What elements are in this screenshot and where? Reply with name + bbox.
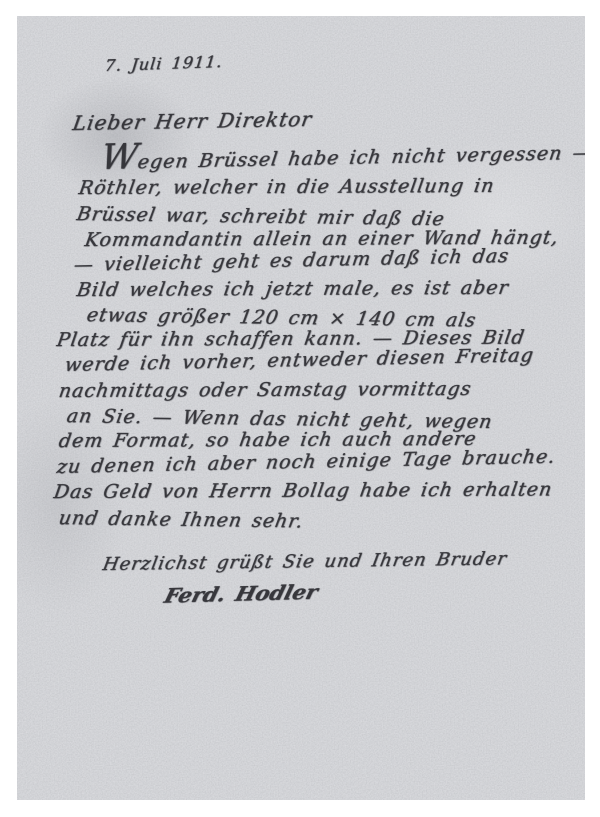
salutation-line: Lieber Herr Direktor [71, 107, 314, 135]
date-line: 7. Juli 1911. [104, 52, 224, 75]
body-line-10: nachmittags oder Samstag vormittags [57, 378, 473, 402]
letter-paper: 7. Juli 1911. Lieber Herr Direktor Wegen… [17, 16, 585, 800]
scanned-letter-page: 7. Juli 1911. Lieber Herr Direktor Wegen… [0, 0, 600, 817]
closing-line: Herzlichst grüßt Sie und Ihren Bruder [101, 548, 509, 575]
signature: Ferd. Hodler [162, 580, 321, 608]
body-line-6: Bild welches ich jetzt male, es ist aber [75, 277, 510, 301]
body-line-3: Brüssel war, schreibt mir daß die [75, 203, 447, 230]
body-line-2: Röthler, welcher in die Ausstellung in [77, 175, 496, 199]
body-line-15: und danke Ihnen sehr. [57, 507, 305, 532]
body-line-14: Das Geld von Herrn Bollag habe ich erhal… [52, 478, 554, 503]
body-line-1: Wegen Brüssel habe ich nicht vergessen — [99, 136, 585, 174]
